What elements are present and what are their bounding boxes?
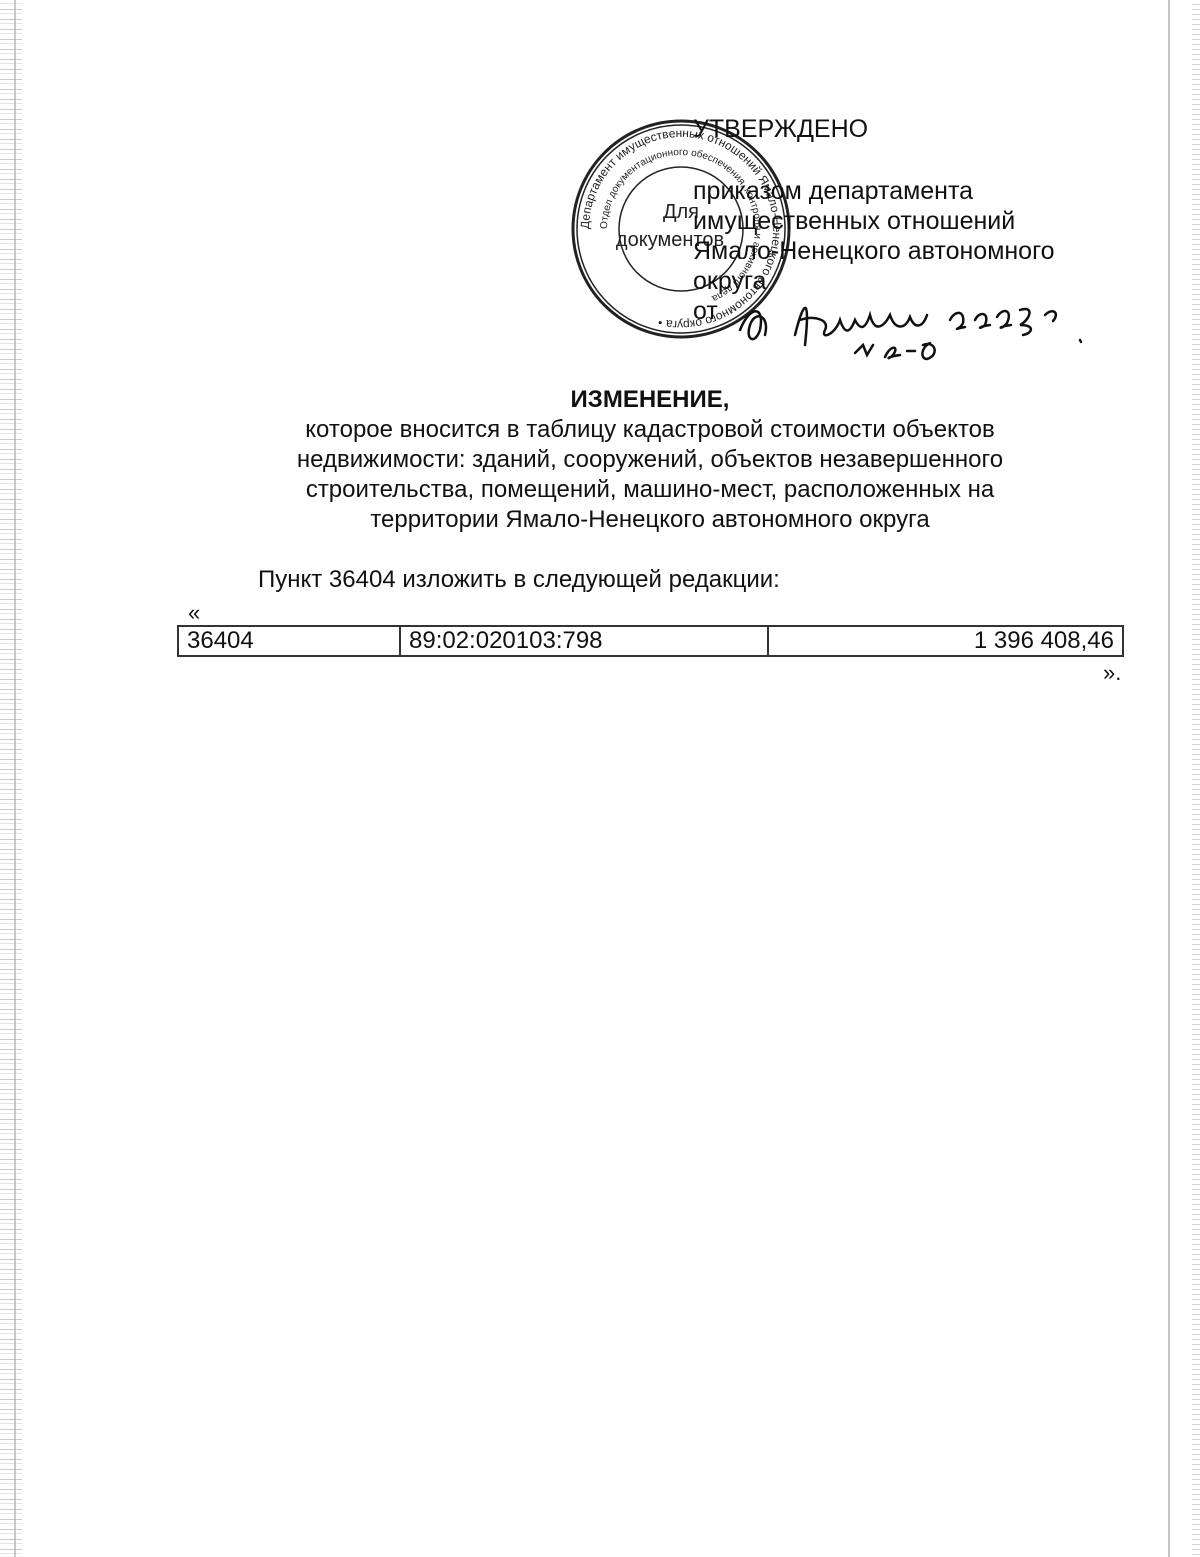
scan-edge-right <box>1168 0 1170 1557</box>
instruction-text: Пункт 36404 изложить в следующей редакци… <box>258 566 780 594</box>
approval-line: Ямало-Ненецкого автономного <box>693 236 1055 266</box>
approval-heading: УТВЕРЖДЕНО <box>693 114 1055 144</box>
scan-edge-right-noise <box>1192 0 1200 1557</box>
approval-line: приказом департамента <box>693 176 1055 206</box>
subtitle-line: территории Ямало-Ненецкого автономного о… <box>230 505 1070 535</box>
approval-line: имущественных отношений <box>693 206 1055 236</box>
subtitle-line: строительства, помещений, машино-мест, р… <box>230 475 1070 505</box>
subtitle-line: недвижимости: зданий, сооружений, объект… <box>230 445 1070 475</box>
table-row: 36404 89:02:020103:798 1 396 408,46 <box>178 626 1123 656</box>
item-number-cell: 36404 <box>178 626 400 656</box>
cadastral-table: 36404 89:02:020103:798 1 396 408,46 <box>177 625 1124 657</box>
document-title-block: ИЗМЕНЕНИЕ, которое вносится в таблицу ка… <box>230 385 1070 535</box>
handwritten-date-signature <box>735 285 1085 365</box>
document-heading: ИЗМЕНЕНИЕ, <box>230 385 1070 415</box>
cadastral-number-cell: 89:02:020103:798 <box>400 626 768 656</box>
cadastral-value-cell: 1 396 408,46 <box>768 626 1123 656</box>
subtitle-line: которое вносится в таблицу кадастровой с… <box>230 415 1070 445</box>
scan-edge-left <box>0 0 22 1557</box>
open-quote: « <box>188 600 200 626</box>
close-quote: ». <box>1103 660 1121 686</box>
